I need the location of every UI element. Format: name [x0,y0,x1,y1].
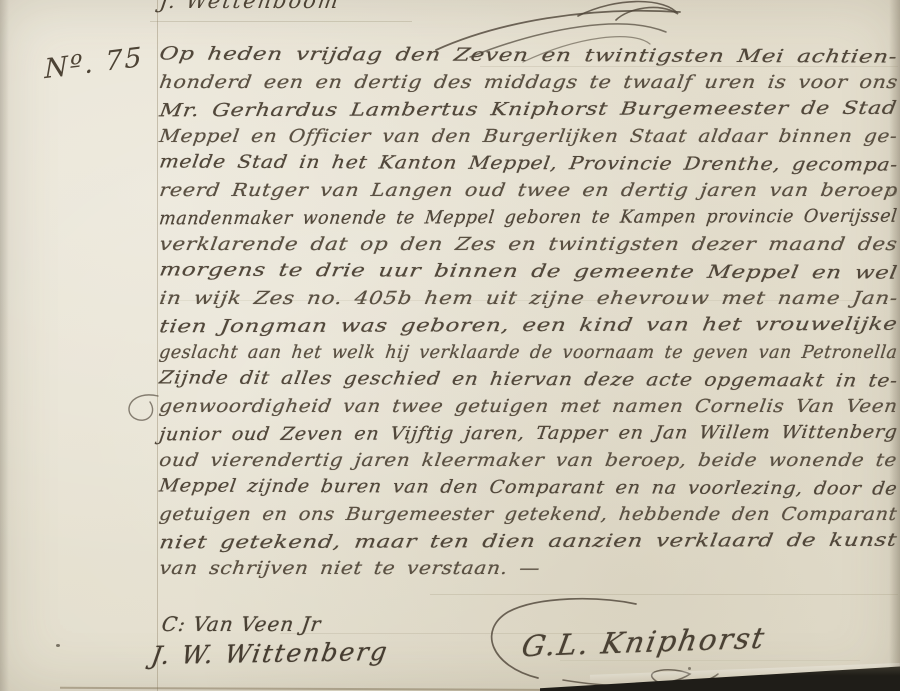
body-closing-line: van schrijven niet te verstaan. — [158,558,898,585]
body-line: genwoordigheid van twee getuigen met nam… [158,396,898,423]
body-line-text: Meppel zijnde buren van den Comparant en… [158,475,899,499]
witness-signature-2: J. W. Wittenberg [149,637,390,670]
body-line-text: junior oud Zeven en Vijftig jaren, Tappe… [158,422,899,446]
body-text: Op heden vrijdag den Zeven en twintigste… [158,45,898,585]
body-line: melde Stad in het Kanton Meppel, Provinc… [158,151,898,181]
body-line: Op heden vrijdag den Zeven en twintigste… [158,43,898,73]
ink-speck [56,644,60,647]
body-line: Mr. Gerhardus Lambertus Kniphorst Burgem… [158,98,898,128]
body-line-text: genwoordigheid van twee getuigen met nam… [158,396,899,417]
body-line-text: Zijnde dit alles geschied en hiervan dez… [158,367,899,391]
body-line: Zijnde dit alles geschied en hiervan dez… [158,367,898,397]
body-line: mandenmaker wonende te Meppel geboren te… [158,206,898,236]
body-line: junior oud Zeven en Vijftig jaren, Tappe… [158,422,898,452]
ink-speck [889,186,897,196]
body-line-text: Mr. Gerhardus Lambertus Kniphorst Burgem… [158,98,899,122]
body-line: Meppel zijnde buren van den Comparant en… [158,475,898,505]
act-number: Nº. 75 [44,42,144,85]
body-line: getuigen en ons Burgemeester getekend, h… [158,504,898,531]
body-line: geslacht aan het welk hij verklaarde de … [158,342,898,369]
body-line-text: getuigen en ons Burgemeester getekend, h… [158,504,899,525]
body-line: tien Jongman was geboren, een kind van h… [158,314,898,344]
body-line-text: van schrijven niet te verstaan. — [158,558,542,579]
body-line-text: honderd een en dertig des middags te twa… [158,72,899,93]
ink-speck [688,667,691,670]
body-line: niet getekend, maar ten dien aanzien ver… [158,530,898,560]
document-page: J. Wettenboom Nº. 75 Op heden vrijdag de… [0,0,900,691]
body-line-text: niet getekend, maar ten dien aanzien ver… [158,530,899,554]
underline-rule [150,21,412,22]
guide-rule [430,594,898,595]
body-line: oud vierendertig jaren kleermaker van be… [158,450,898,477]
previous-act-signature-fragment: J. Wettenboom [158,0,341,13]
body-line-text: in wijk Zes no. 405b hem uit zijne ehevr… [158,288,899,309]
body-line: reerd Rutger van Langen oud twee en dert… [158,180,898,207]
body-line: honderd een en dertig des middags te twa… [158,72,898,99]
body-line: Meppel en Officier van den Burgerlijken … [158,126,898,153]
body-line-text: oud vierendertig jaren kleermaker van be… [158,450,898,471]
body-line-text: melde Stad in het Kanton Meppel, Provinc… [158,151,899,175]
body-line-text: Op heden vrijdag den Zeven en twintigste… [158,43,899,67]
body-line-text: mandenmaker wonende te Meppel geboren te… [158,206,898,230]
body-line: morgens te drie uur binnen de gemeente M… [158,259,898,289]
body-line-text: verklarende dat op den Zes en twintigste… [158,234,899,255]
body-line-text: reerd Rutger van Langen oud twee en dert… [158,180,899,201]
body-line-text: geslacht aan het welk hij verklaarde de … [158,342,899,363]
page-left-edge-shadow [0,0,9,691]
body-line: in wijk Zes no. 405b hem uit zijne ehevr… [158,288,898,315]
body-line: verklarende dat op den Zes en twintigste… [158,234,898,261]
body-line-text: Meppel en Officier van den Burgerlijken … [158,126,899,147]
body-line-text: tien Jongman was geboren, een kind van h… [158,314,899,338]
body-line-text: morgens te drie uur binnen de gemeente M… [158,259,899,283]
witness-signature-1: C: Van Veen Jr [160,612,323,636]
